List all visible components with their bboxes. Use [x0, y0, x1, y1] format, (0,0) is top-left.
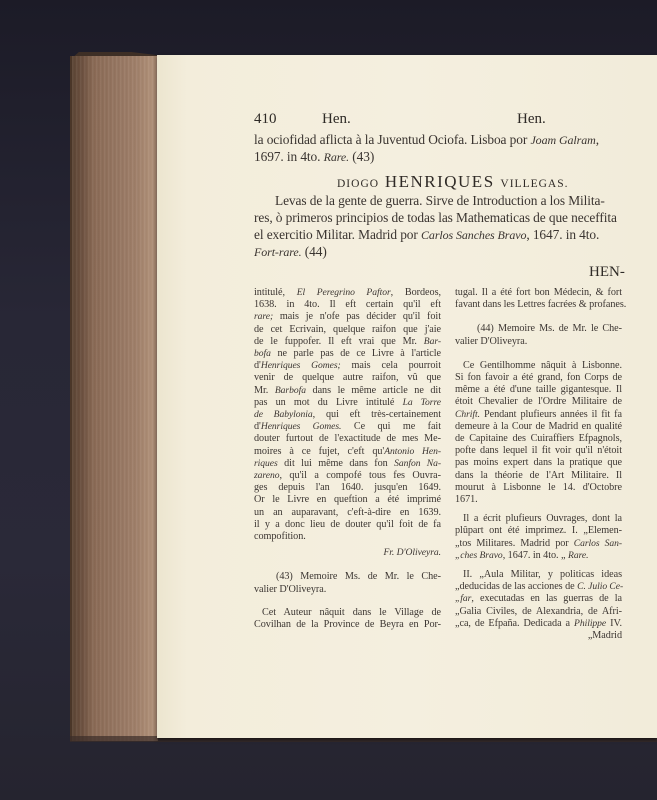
text: Ce Gentilhomme nâquit à Lisbonne.	[463, 360, 622, 371]
italic-text: bofa	[254, 348, 271, 359]
text-line: de Capitaine des Cuiraffiers Efpagnols,	[455, 433, 622, 444]
text: , qu'il a compofé tous fes Ouvra-	[279, 470, 441, 481]
text: d'	[254, 360, 261, 371]
text-line: valier D'Oliveyra.	[254, 584, 441, 595]
text: Il a écrit plufieurs Ouvrages, dont la	[463, 513, 622, 524]
italic-text: Bar-	[424, 336, 441, 347]
text: même a été d'une taille gigantesque. Il	[455, 384, 622, 395]
text-line: zareno, qu'il a compofé tous fes Ouvra-	[254, 470, 441, 481]
text-line: valier D'Oliveyra.	[455, 336, 622, 347]
text-line: compofition.	[254, 531, 441, 542]
text-line: bofa ne parle pas de ce Livre à l'articl…	[254, 348, 441, 359]
text: dans la théorie de l'Art Militaire. Il	[455, 470, 622, 481]
text: , executadas en las guerras de la	[471, 593, 622, 604]
text-line: „deducidas de las acciones de C. Julio C…	[455, 581, 622, 592]
text: , 1647. in 4to. „	[503, 550, 568, 561]
text-line: Or le Livre en queftion a été imprimé	[254, 494, 441, 505]
text-line: Mr. Barbofa dans le même article ne dit	[254, 385, 441, 396]
text-line: venir de quelque autre raifon, vû que	[254, 372, 441, 383]
text: „tos Militares. Madrid por	[455, 538, 574, 549]
text-line: ges depuis l'an 1640. jusqu'en 1649.	[254, 482, 441, 493]
text: el exercitio Militar. Madrid por	[254, 227, 421, 242]
text: Covilhan de la Province de Beyra en Por-	[254, 619, 441, 630]
text: venir de quelque autre raifon, vû que	[254, 372, 441, 383]
text: (43) Memoire Ms. de Mr. le Che-	[276, 571, 441, 582]
text-line: de le fuppofer. Il eft vrai que Mr. Bar-	[254, 336, 441, 347]
text: Ce qui me fait	[341, 421, 441, 432]
running-head-right: Hen.	[517, 111, 546, 128]
text-line: 1638. in 4to. Il eft certain qu'il eft	[254, 299, 441, 310]
text-line: Il a écrit plufieurs Ouvrages, dont la	[463, 513, 622, 524]
text: Mr.	[254, 385, 275, 396]
italic-text: Rare.	[568, 550, 588, 561]
italic-text: „ches Bravo	[455, 550, 503, 561]
text: il y a donc lieu de douter qu'il foit de…	[254, 519, 441, 530]
italic-text: Henriques Gomes.	[261, 421, 342, 432]
footnote-ref: (44)	[302, 244, 327, 259]
text: pofte dans lequel il fit voir qu'il n'ét…	[455, 445, 622, 456]
text-line: d'Henriques Gomes. Ce qui me fait	[254, 421, 441, 432]
text-line: plûpart ont été imprimez. I. „Elemen-	[455, 525, 622, 536]
text-line: riques dit lui même dans fon Sanfon Na-	[254, 458, 441, 469]
text: 1638. in 4to. Il eft certain qu'il eft	[254, 299, 441, 310]
text-line: intitulé, El Peregrino Paftor, Bordeos,	[254, 287, 441, 298]
text-line: „far, executadas en las guerras de la	[455, 593, 622, 604]
page-number: 410	[254, 111, 277, 128]
text: un an auparavant, c'eft-à-dire en 1639.	[254, 507, 441, 518]
text: de cet Ecrivain, quelque raifon que j'ai…	[254, 324, 441, 335]
text-line: Cet Auteur nâquit dans le Village de	[262, 607, 441, 618]
text: , 1647. in 4to.	[526, 227, 599, 242]
text: pas un mot du Livre intitulé	[254, 397, 403, 408]
text-line: Chrift. Pendant plufieurs années il fit …	[455, 409, 622, 420]
text: ne parle pas de ce Livre à l'article	[271, 348, 441, 359]
text-line: moires à ce fujet, c'eft qu'Antonio Hen-	[254, 446, 441, 457]
text: de le fuppofer. Il eft vrai que Mr.	[254, 336, 424, 347]
text-line: pas moins expert dans la pratique que	[455, 457, 622, 468]
catchword: HEN-	[589, 264, 625, 281]
heading-surname: HENRIQUES	[385, 172, 495, 191]
text-line: „ches Bravo, 1647. in 4to. „ Rare.	[455, 550, 622, 561]
top-entry-line-2: 1697. in 4to. Rare. (43)	[254, 149, 374, 165]
italic-text: Henriques Gomes;	[261, 360, 341, 371]
text-line: „ca, de Efpaña. Dedicada a Philippe IV.	[455, 618, 622, 629]
text-line: même a été d'une taille gigantesque. Il	[455, 384, 622, 395]
italic-text: rare;	[254, 311, 273, 322]
italic-text: C. Julio Ce-	[577, 581, 623, 592]
text-line: (44) Memoire Ms. de Mr. le Che-	[477, 323, 622, 334]
text: d'	[254, 421, 261, 432]
text: , qui eft très-certainement	[313, 409, 441, 420]
text-line: pofte dans lequel il fit voir qu'il n'ét…	[455, 445, 622, 456]
italic-text: de Babylonia	[254, 409, 313, 420]
printer-name: Carlos Sanches Bravo	[421, 228, 526, 242]
heading-last-name: Villegas.	[500, 178, 568, 190]
text-line: (43) Memoire Ms. de Mr. le Che-	[276, 571, 441, 582]
text-line: „Madrid	[455, 630, 622, 641]
text-line: demeure à la Cour de Madrid en qualité	[455, 421, 622, 432]
text: demeure à la Cour de Madrid en qualité	[455, 421, 622, 432]
text: favant dans les Lettres facrées & profan…	[455, 299, 626, 310]
text-line: un an auparavant, c'eft-à-dire en 1639.	[254, 507, 441, 518]
text: étoit Chevalier de l'Ordre Militaire de	[455, 396, 622, 407]
text-line: douter furtout de l'exactitude de mes Me…	[254, 433, 441, 444]
italic-text: Chrift.	[455, 409, 480, 420]
text: valier D'Oliveyra.	[254, 584, 326, 595]
italic-text: La Torre	[403, 397, 441, 408]
text: la ociofidad aflicta à la Juventud Ociof…	[254, 132, 530, 147]
heading-first-name: Diogo	[337, 178, 379, 190]
text: Cet Auteur nâquit dans le Village de	[262, 607, 441, 618]
italic-text: Sanfon Na-	[394, 458, 441, 469]
main-entry-line-4: Fort-rare. (44)	[254, 244, 327, 260]
text: 1697. in 4to.	[254, 149, 324, 164]
text-line: „tos Militares. Madrid por Carlos San-	[455, 538, 622, 549]
text: Pendant plufieurs années il fit fa	[480, 409, 622, 420]
text-line: de Babylonia, qui eft très-certainement	[254, 409, 441, 420]
book-page-edges	[70, 56, 158, 741]
text: IV.	[606, 618, 622, 629]
rarity-note: Rare.	[324, 150, 349, 164]
text: „deducidas de las acciones de	[455, 581, 577, 592]
text: 1671.	[455, 494, 478, 505]
text: Or le Livre en queftion a été imprimé	[254, 494, 441, 505]
running-head-left: Hen.	[322, 111, 351, 128]
printer-name: Joam Galram	[530, 133, 595, 147]
text-line: favant dans les Lettres facrées & profan…	[455, 299, 622, 310]
text: „ca, de Efpaña. Dedicada a	[455, 618, 574, 629]
italic-text: Fr. D'Oliveyra.	[383, 547, 441, 558]
text: „Madrid	[588, 630, 622, 641]
italic-text: Antonio Hen-	[384, 446, 441, 457]
text-line: Si fon favoir a été grand, fon Corps de	[455, 372, 622, 383]
text-line: 1671.	[455, 494, 622, 505]
text: tugal. Il a été fort bon Médecin, & fort	[455, 287, 622, 298]
text: moires à ce fujet, c'eft qu'	[254, 446, 384, 457]
italic-text: Carlos San-	[574, 538, 622, 549]
text-line: d'Henriques Gomes; mais cela pourroit	[254, 360, 441, 371]
main-entry-line-1: Levas de la gente de guerra. Sirve de In…	[275, 193, 605, 209]
italic-text: El Peregrino Paftor	[297, 287, 391, 298]
text: II. „Aula Militar, y politicas ideas	[463, 569, 622, 580]
text-line: dans la théorie de l'Art Militaire. Il	[455, 470, 622, 481]
top-entry-line-1: la ociofidad aflicta à la Juventud Ociof…	[254, 132, 599, 148]
text: dit lui même dans fon	[278, 458, 394, 469]
text-line: de cet Ecrivain, quelque raifon que j'ai…	[254, 324, 441, 335]
text: dans le même article ne dit	[306, 385, 441, 396]
italic-text: „far	[455, 593, 471, 604]
text: mourut à Lisbonne le 14. d'Octobre	[455, 482, 622, 493]
text: plûpart ont été imprimez. I. „Elemen-	[455, 525, 622, 536]
text-line: mourut à Lisbonne le 14. d'Octobre	[455, 482, 622, 493]
text: (44) Memoire Ms. de Mr. le Che-	[477, 323, 622, 334]
text-line: rare; mais je n'ofe pas décider qu'il fo…	[254, 311, 441, 322]
text: pas moins expert dans la pratique que	[455, 457, 622, 468]
italic-text: riques	[254, 458, 278, 469]
text: mais je n'ofe pas décider qu'il foit	[273, 311, 441, 322]
text: Si fon favoir a été grand, fon Corps de	[455, 372, 622, 383]
main-entry-line-3: el exercitio Militar. Madrid por Carlos …	[254, 227, 599, 243]
text-line: il y a donc lieu de douter qu'il foit de…	[254, 519, 441, 530]
footnote-ref: (43)	[349, 149, 374, 164]
text: compofition.	[254, 531, 306, 542]
text-line: pas un mot du Livre intitulé La Torre	[254, 397, 441, 408]
text: douter furtout de l'exactitude de mes Me…	[254, 433, 441, 444]
italic-text: zareno	[254, 470, 279, 481]
book-page: 410 Hen. Hen. la ociofidad aflicta à la …	[157, 55, 657, 738]
main-entry-line-2: res, ò primeros principios de todas las …	[254, 210, 617, 226]
rarity-note: Fort-rare.	[254, 245, 302, 259]
text-line: Ce Gentilhomme nâquit à Lisbonne.	[463, 360, 622, 371]
text: ,	[596, 132, 599, 147]
text-line: „Galia Civiles, de Alexandria, de Afri-	[455, 606, 622, 617]
text: „Galia Civiles, de Alexandria, de Afri-	[455, 606, 622, 617]
text: ges depuis l'an 1640. jusqu'en 1649.	[254, 482, 441, 493]
text-line: II. „Aula Militar, y politicas ideas	[463, 569, 622, 580]
text: intitulé,	[254, 287, 297, 298]
text-line: tugal. Il a été fort bon Médecin, & fort	[455, 287, 622, 298]
text: mais cela pourroit	[341, 360, 441, 371]
text: valier D'Oliveyra.	[455, 336, 527, 347]
text-line: étoit Chevalier de l'Ordre Militaire de	[455, 396, 622, 407]
text-line: Fr. D'Oliveyra.	[254, 547, 441, 558]
italic-text: Barbofa	[275, 385, 306, 396]
entry-heading: Diogo HENRIQUES Villegas.	[337, 172, 569, 192]
text-line: Covilhan de la Province de Beyra en Por-	[254, 619, 441, 630]
text: , Bordeos,	[391, 287, 441, 298]
text: de Capitaine des Cuiraffiers Efpagnols,	[455, 433, 622, 444]
italic-text: Philippe	[574, 618, 606, 629]
